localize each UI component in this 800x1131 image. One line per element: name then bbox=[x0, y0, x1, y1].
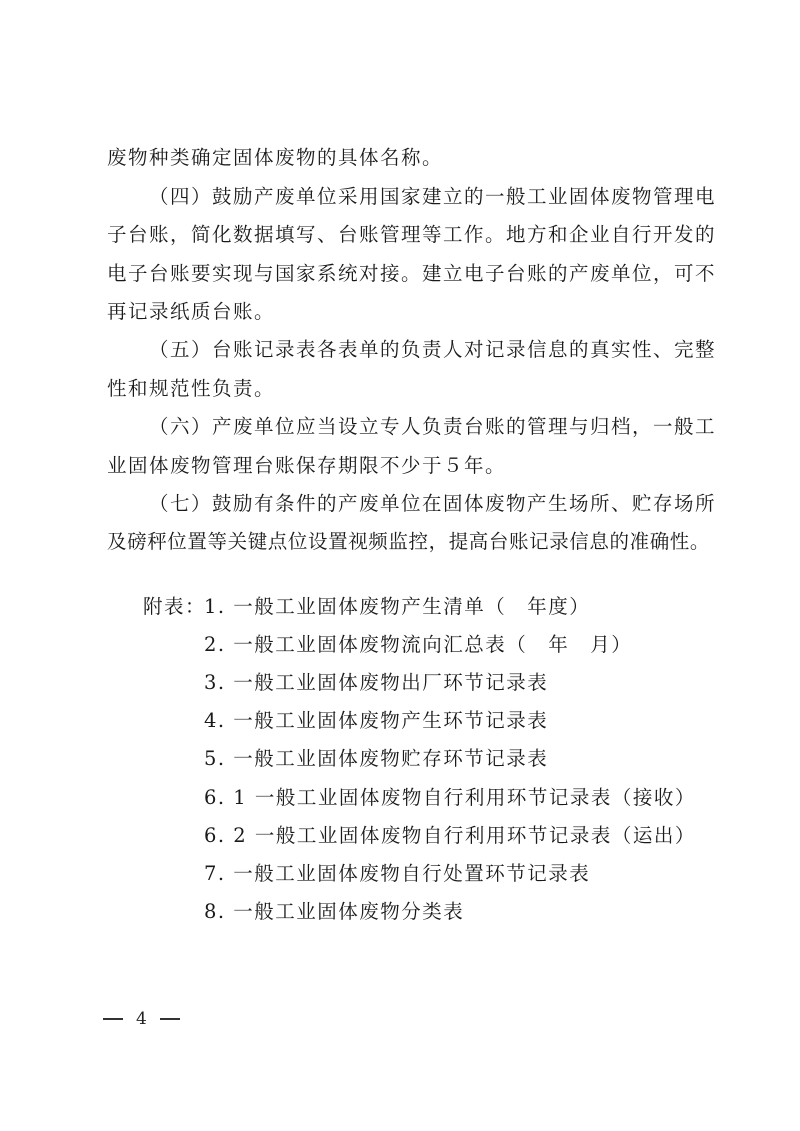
attachment-item-3: 3. 一般工业固体废物出厂环节记录表 bbox=[204, 671, 548, 695]
paragraph-6-line-2: 业固体废物管理台账保存期限不少于５年。 bbox=[107, 454, 697, 478]
paragraph-4-line-4: 再记录纸质台账。 bbox=[107, 300, 697, 324]
attachment-item-4: 4. 一般工业固体废物产生环节记录表 bbox=[204, 709, 548, 733]
attachments-label: 附表： bbox=[143, 595, 206, 619]
attachment-item-5: 5. 一般工业固体废物贮存环节记录表 bbox=[204, 747, 548, 771]
page-number: 4 bbox=[103, 1008, 180, 1030]
paragraph-6-line-1: （六）产废单位应当设立专人负责台账的管理与归档，一般工 bbox=[149, 415, 697, 439]
attachment-item-2: 2. 一般工业固体废物流向汇总表（ 年 月） bbox=[204, 633, 632, 657]
paragraph-continued-line: 废物种类确定固体废物的具体名称。 bbox=[107, 146, 697, 170]
document-page: 废物种类确定固体废物的具体名称。 （四）鼓励产废单位采用国家建立的一般工业固体废… bbox=[0, 0, 800, 1131]
attachment-item-1: 1. 一般工业固体废物产生清单（ 年度） bbox=[204, 595, 590, 619]
paragraph-5-line-2: 性和规范性负责。 bbox=[107, 377, 697, 401]
page-number-dash-right bbox=[160, 1018, 180, 1019]
paragraph-5-line-1: （五）台账记录表各表单的负责人对记录信息的真实性、完整 bbox=[149, 338, 697, 362]
attachment-item-7: 7. 一般工业固体废物自行处置环节记录表 bbox=[204, 862, 590, 886]
attachment-item-6-1: 6. 1 一般工业固体废物自行利用环节记录表（接收） bbox=[204, 786, 696, 810]
page-number-dash-left bbox=[103, 1018, 123, 1019]
paragraph-4-line-2: 子台账，简化数据填写、台账管理等工作。地方和企业自行开发的 bbox=[107, 223, 697, 247]
page-number-value: 4 bbox=[136, 1008, 147, 1030]
attachment-item-6-2: 6. 2 一般工业固体废物自行利用环节记录表（运出） bbox=[204, 824, 696, 848]
paragraph-7-line-2: 及磅秤位置等关键点位设置视频监控，提高台账记录信息的准确性。 bbox=[107, 530, 697, 554]
paragraph-4-line-1: （四）鼓励产废单位采用国家建立的一般工业固体废物管理电 bbox=[149, 185, 697, 209]
attachment-item-8: 8. 一般工业固体废物分类表 bbox=[204, 900, 464, 924]
paragraph-4-line-3: 电子台账要实现与国家系统对接。建立电子台账的产废单位，可不 bbox=[107, 262, 697, 286]
paragraph-7-line-1: （七）鼓励有条件的产废单位在固体废物产生场所、贮存场所 bbox=[149, 492, 697, 516]
